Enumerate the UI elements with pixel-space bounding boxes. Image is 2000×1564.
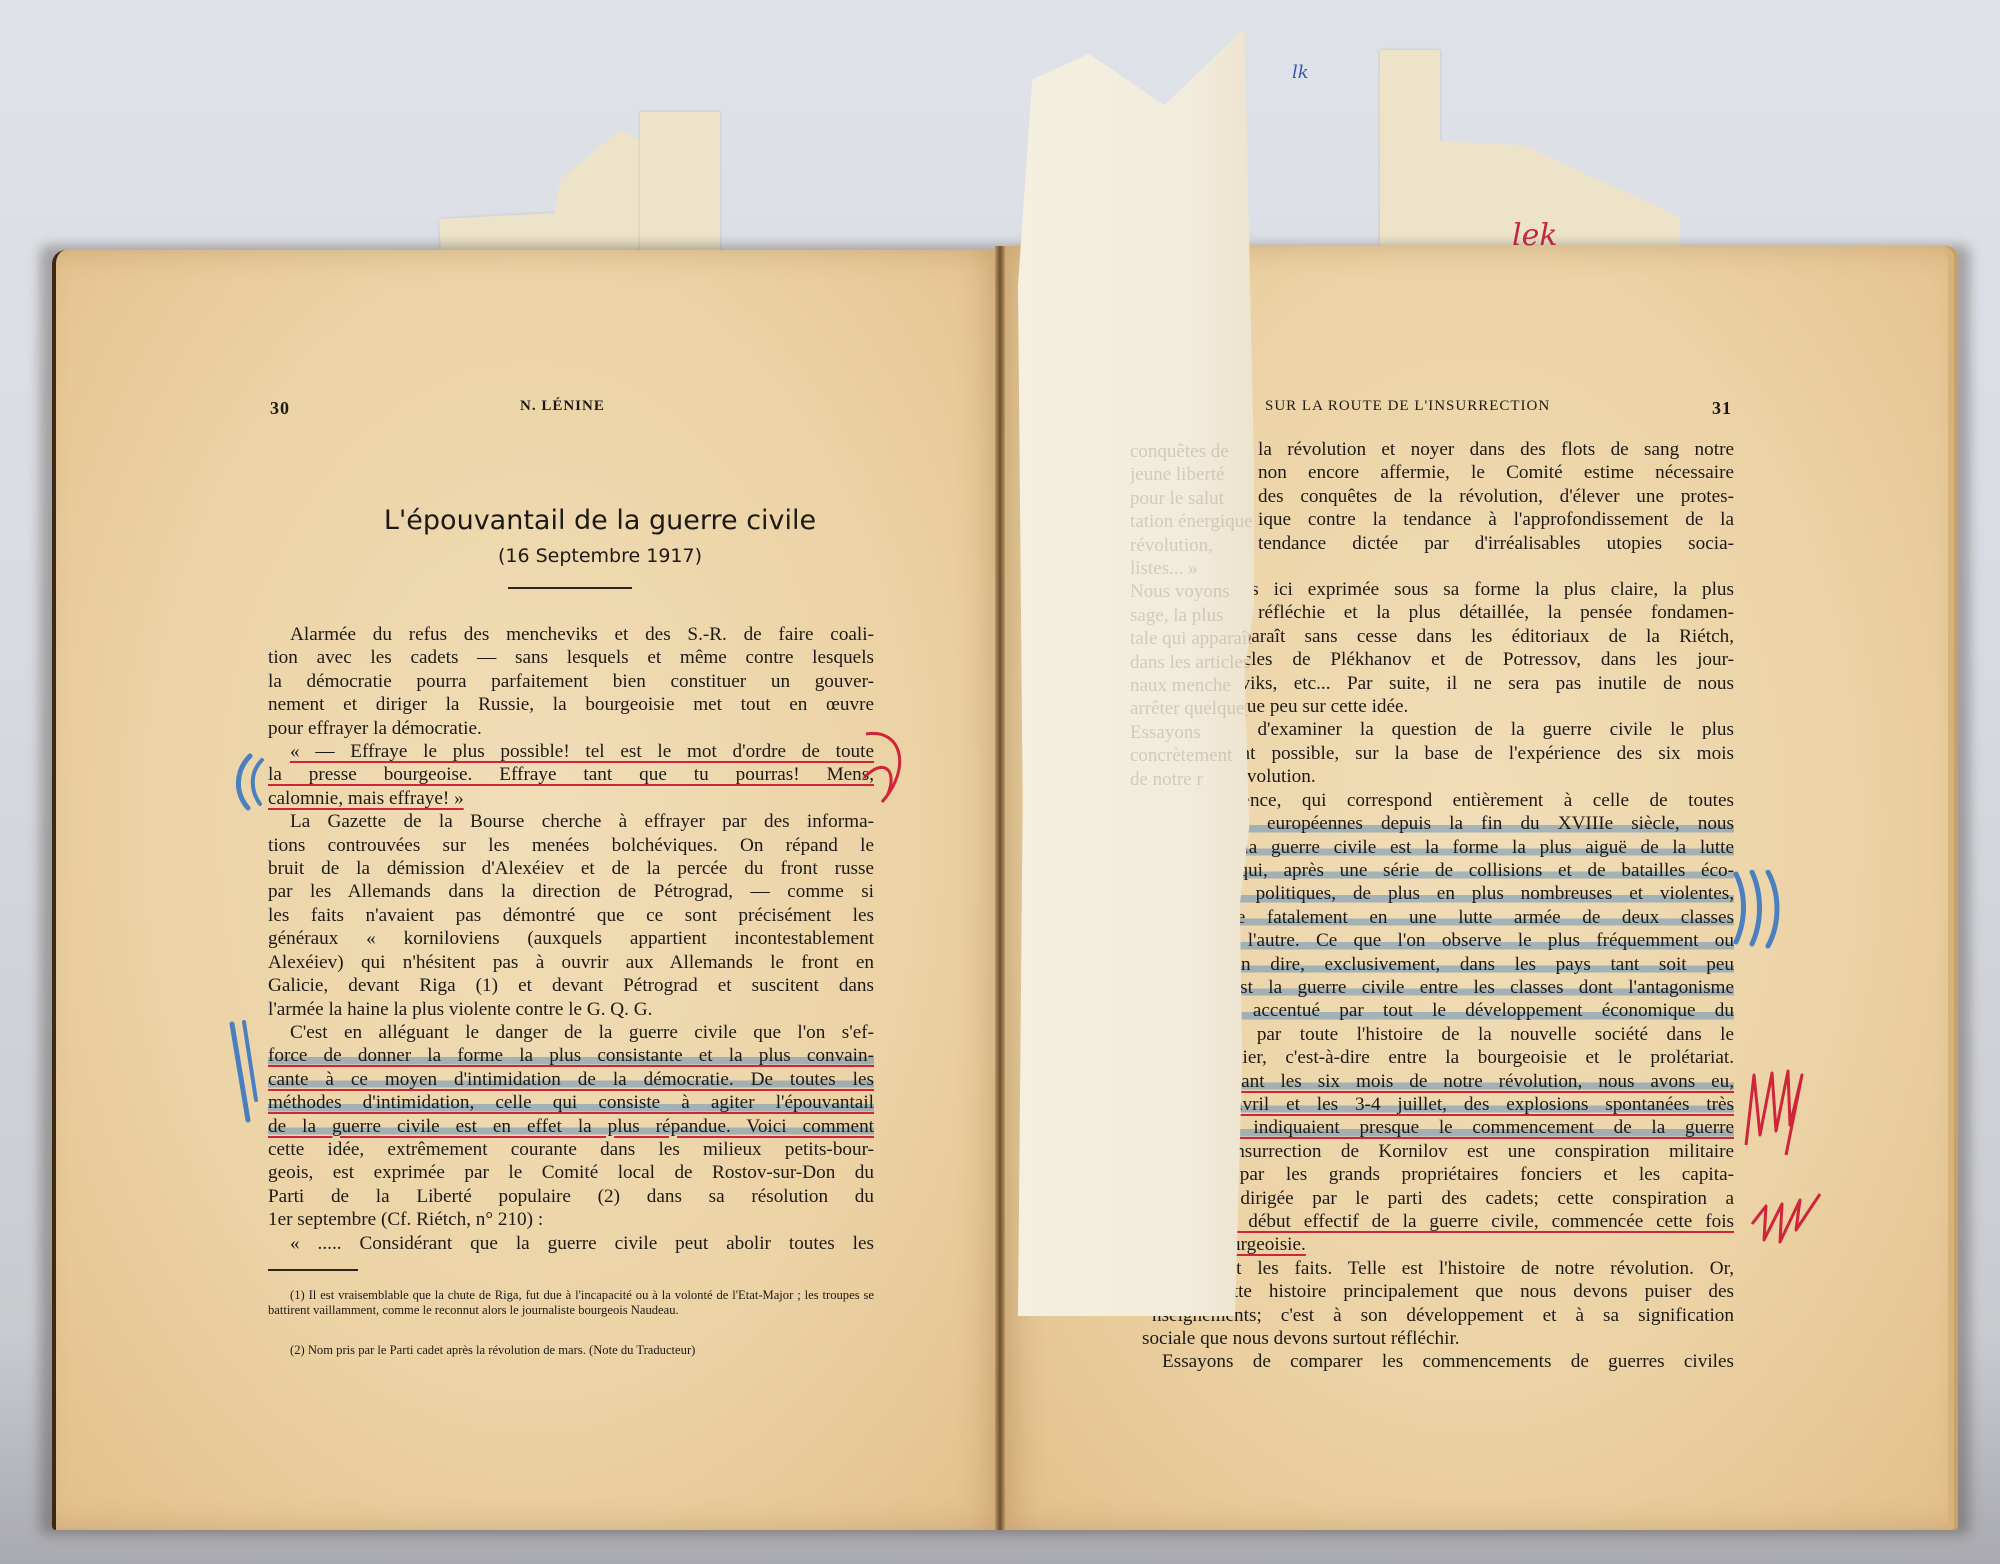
text-line: la démocratie pourra parfaitement bien c… [268, 670, 874, 693]
text-line: tions controuvées sur les menées bolchév… [268, 834, 874, 857]
text-line: geois, est exprimée par le Comité local … [268, 1161, 874, 1184]
book-gutter [995, 246, 1005, 1530]
red-bracket-mark-icon [862, 728, 912, 808]
footnote-1: (1) Il est vraisemblable que la chute de… [268, 1288, 874, 1318]
footnote-2: (2) Nom pris par le Parti cadet après la… [268, 1343, 874, 1358]
left-page-number: 30 [270, 398, 290, 419]
footnote-rule [268, 1269, 358, 1271]
left-body-text: Alarmée du refus des mencheviks et des S… [268, 623, 874, 1255]
text-line: Parti de la Liberté populaire (2) dans s… [268, 1185, 874, 1208]
text-line: 1er septembre (Cf. Riétch, n° 210) : [268, 1208, 874, 1231]
annotated-line: cante à ce moyen d'intimidation de la dé… [268, 1068, 874, 1091]
text-line: les faits n'avaient pas démontré que ce … [268, 904, 874, 927]
left-running-head: N. LÉNINE [520, 398, 605, 415]
text-line: Essayons de comparer les commencements d… [1132, 1350, 1734, 1373]
red-zigzag-mark-small-icon [1748, 1190, 1828, 1250]
ghost-text-through-bookmark: conquêtes de jeune liberté pour le salut… [1130, 440, 1260, 791]
text-line: « ..... Considérant que la guerre civile… [268, 1232, 874, 1255]
right-running-head: SUR LA ROUTE DE L'INSURRECTION [1265, 398, 1550, 415]
annotated-line: méthodes d'intimidation, celle qui consi… [268, 1091, 874, 1114]
text-line: cette idée, extrêmement courante dans le… [268, 1138, 874, 1161]
annotated-line: force de donner la forme la plus consist… [268, 1044, 874, 1067]
title-rule [508, 587, 632, 589]
red-zigzag-mark-icon [1740, 1065, 1810, 1165]
text-line: par les Allemands dans la direction de P… [268, 880, 874, 903]
annotated-line: calomnie, mais effraye! » [268, 787, 874, 810]
text-line: Alexéiev) qui n'hésitent pas à ouvrir au… [268, 951, 874, 974]
chapter-date: (16 Septembre 1917) [300, 545, 900, 567]
text-line: nement et diriger la Russie, la bourgeoi… [268, 693, 874, 716]
paper-scrap-tall [640, 112, 720, 252]
blue-bracket-mark-icon [228, 752, 268, 812]
text-line: l'armée la haine la plus violente contre… [268, 998, 874, 1021]
text-line: Alarmée du refus des mencheviks et des S… [268, 623, 874, 646]
text-line: pour effrayer la démocratie. [268, 717, 874, 740]
text-line: C'est en alléguant le danger de la guerr… [268, 1021, 874, 1044]
annotated-line: « — Effraye le plus possible! tel est le… [268, 740, 874, 763]
blue-margin-lines-icon [226, 1020, 266, 1130]
text-line: généraux « korniloviens (auxquels appart… [268, 927, 874, 950]
annotated-line: la presse bourgeoise. Effraye tant que t… [268, 763, 874, 786]
text-line: tion avec les cadets — sans lesquels et … [268, 646, 874, 669]
chapter-title: L'épouvantail de la guerre civile [300, 505, 900, 536]
annotated-line: de la guerre civile est en effet la plus… [268, 1115, 874, 1138]
text-line: La Gazette de la Bourse cherche à effray… [268, 810, 874, 833]
text-line: sociale que nous devons surtout réfléchi… [1132, 1327, 1734, 1350]
right-page-number: 31 [1712, 398, 1732, 419]
handwriting-blue: lk [1292, 62, 1309, 83]
blue-triple-arc-mark-icon [1730, 870, 1790, 950]
text-line: Galicie, devant Riga (1) et devant Pétro… [268, 974, 874, 997]
text-line: bruit de la démission d'Alexéiev et de l… [268, 857, 874, 880]
